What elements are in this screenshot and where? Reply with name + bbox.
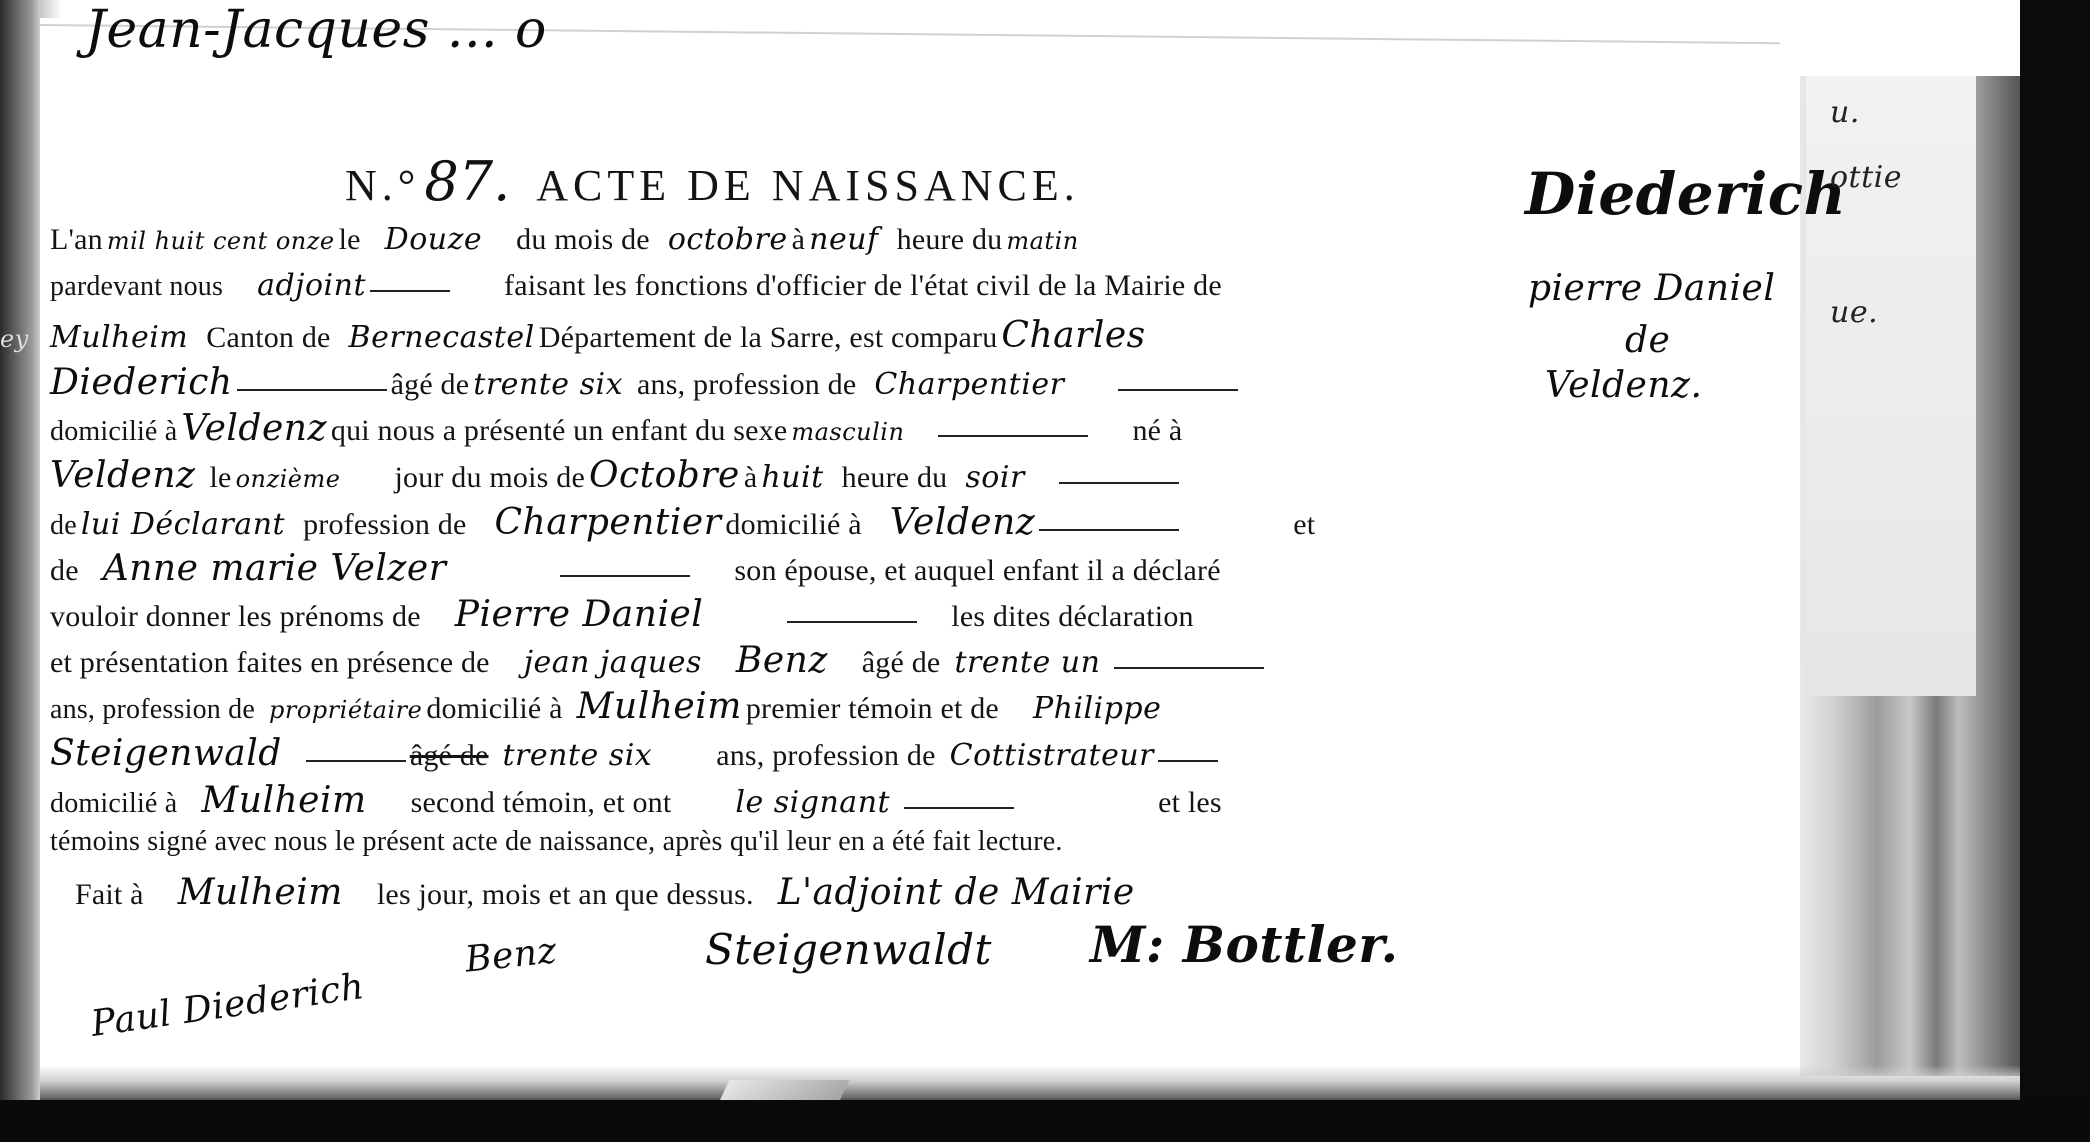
handwritten-witness2-age: trente six [502,738,652,773]
handwritten-hour: neuf [809,222,879,257]
line-13: domicilié à Mulheim second témoin, et on… [50,780,1222,821]
printed-text: qui nous a présenté un enfant du sexe [331,414,787,447]
line-4: Diederich âgé de trente six ans, profess… [50,362,1238,403]
fill-line [1114,667,1264,669]
handwritten-witness2-surname: Steigenwald [50,733,282,774]
fill-line [1118,389,1238,391]
line-15: Fait à Mulheim les jour, mois et an que … [75,872,1135,913]
printed-text: heure du [897,223,1003,256]
printed-text: à [792,223,806,256]
fill-line [306,760,406,762]
handwritten-witness2-first-name: Philippe [1033,691,1161,726]
printed-text: les jour, mois et an que dessus. [377,878,754,911]
printed-text: de [50,510,77,541]
printed-text: Canton de [206,321,330,354]
fill-line [1158,760,1218,762]
handwritten-father-surname: Diederich [50,362,233,403]
handwritten-father-profession: Charpentier [874,367,1064,402]
printed-text: premier témoin et de [746,692,999,725]
line-10: et présentation faites en présence de je… [50,640,1264,681]
number-prefix: N.° [345,161,420,210]
handwritten-birth-month: Octobre [589,455,740,496]
printed-text: vouloir donner les prénoms de [50,600,421,633]
handwritten-birth-hour: huit [761,460,823,495]
binding-shadow [0,0,40,1142]
printed-text: à [744,461,758,494]
left-margin-fragment: ey [0,325,29,353]
handwritten-officer-title: adjoint [257,268,366,303]
fill-line [904,807,1014,809]
fill-line [787,621,917,623]
handwritten-witness1-age: trente un [954,645,1100,680]
handwritten-canton: Bernecastel [349,320,535,355]
printed-text: Département de la Sarre, est comparu [539,321,998,354]
line-1: L'an mil huit cent onze le Douze du mois… [50,222,1079,257]
margin-given-names: pierre Daniel [1528,268,1775,309]
fill-line [938,435,1088,437]
printed-text: pardevant nous [50,271,223,302]
signature-officer: M: Bottler. [1090,915,1398,974]
printed-text: profession de [303,508,466,541]
handwritten-mother-name: Anne marie Velzer [103,548,447,589]
printed-text: L'an [50,223,103,256]
handwritten-place-of-act: Mulheim [178,872,343,913]
printed-text: son épouse, et auquel enfant il a déclar… [734,554,1220,587]
handwritten-sex: masculin [791,418,904,446]
scanner-border-right [2020,0,2090,1142]
printed-text: et les [1158,786,1222,819]
handwritten-declarant-residence: Veldenz [890,502,1036,543]
printed-text: les dites déclaration [951,600,1193,633]
page-title: ACTE DE NAISSANCE. [536,161,1079,210]
signature-witness-2: Steigenwaldt [705,925,992,974]
printed-text: ans, profession de [716,739,935,772]
handwritten-witness2-profession: Cottistrateur [950,738,1154,773]
line-7: de lui Déclarant profession de Charpenti… [50,502,1315,543]
printed-text: faisant les fonctions d'officier de l'ét… [504,269,1222,302]
printed-text: et présentation faites en présence de [50,646,490,679]
handwritten-witness1-surname: Benz [736,640,828,681]
act-heading: N.° 87. ACTE DE NAISSANCE. [345,150,1080,213]
far-margin-note-2: ottie [1830,160,1902,195]
handwritten-month: octobre [668,222,788,257]
handwritten-birthplace: Veldenz [50,455,196,496]
line-5: domicilié à Veldenz qui nous a présenté … [50,408,1182,449]
page-bottom-edge [40,1065,2020,1105]
printed-text: heure du [842,461,948,494]
far-margin-note-1: u. [1830,95,1860,130]
handwritten-time-of-day: matin [1006,227,1078,255]
margin-de: de [1625,320,1670,361]
line-8: de Anne marie Velzer son épouse, et auqu… [50,548,1221,589]
printed-text: né à [1132,414,1182,447]
handwritten-witness2-residence: Mulheim [201,780,366,821]
printed-text: et [1293,508,1315,541]
handwritten-witness1-residence: Mulheim [577,686,742,727]
handwritten-day: Douze [385,222,483,257]
scanner-border-bottom [0,1100,2090,1142]
far-margin-note-3: ue. [1830,295,1878,330]
line-3: Mulheim Canton de Bernecastel Départemen… [50,315,1146,356]
fill-line [370,290,450,292]
handwritten-birth-day: onzième [236,465,341,493]
act-number: 87. [424,150,510,213]
handwritten-commune: Mulheim [50,320,188,355]
printed-text: Fait à [75,878,144,911]
line-2: pardevant nous adjoint faisant les fonct… [50,268,1222,303]
printed-text: domicilié à [50,416,177,447]
handwritten-declarant-profession: Charpentier [494,502,721,543]
fill-line [237,389,387,391]
fill-line [560,575,690,577]
printed-text: de [50,554,79,587]
margin-surname: Diederich [1525,160,1846,228]
fill-line [1059,482,1179,484]
printed-text: âgé de [391,368,470,401]
handwritten-year: mil huit cent onze [107,227,335,255]
line-11: ans, profession de propriétaire domicili… [50,686,1161,727]
handwritten-child-given-names: Pierre Daniel [455,594,704,635]
handwritten-father-first-name: Charles [1001,315,1145,356]
line-9: vouloir donner les prénoms de Pierre Dan… [50,594,1194,635]
margin-place: Veldenz. [1545,365,1702,406]
printed-text: ans, profession de [637,368,856,401]
handwritten-father-age: trente six [473,367,623,402]
handwritten-witness1-profession: propriétaire [269,696,422,724]
top-handwriting: Jean-Jacques ... o [85,0,547,60]
printed-text: le [339,223,361,256]
printed-text: domicilié à [50,788,177,819]
printed-text: du mois de [516,223,650,256]
fill-line [1039,529,1179,531]
handwritten-officer-signature-title: L'adjoint de Mairie [778,872,1135,913]
handwritten-residence: Veldenz [181,408,327,449]
printed-text: âgé de [862,646,941,679]
handwritten-witness1-first-name: jean jaques [524,645,702,680]
line-14: témoins signé avec nous le présent acte … [50,826,1063,858]
printed-text: second témoin, et ont [411,786,672,819]
printed-text: ans, profession de [50,694,255,725]
line-12: Steigenwald âgé de trente six ans, profe… [50,733,1218,774]
printed-text: le [210,461,232,494]
printed-text: jour du mois de [394,461,585,494]
handwritten-declarant: lui Déclarant [81,507,285,542]
printed-text: domicilié à [426,692,562,725]
line-6: Veldenz le onzième jour du mois de Octob… [50,455,1179,496]
printed-text: âgé de [410,739,489,772]
handwritten-signing-note: le signant [735,785,890,820]
printed-text: témoins signé avec nous le présent acte … [50,826,1063,857]
printed-text: domicilié à [725,508,861,541]
handwritten-birth-time-of-day: soir [965,460,1024,495]
